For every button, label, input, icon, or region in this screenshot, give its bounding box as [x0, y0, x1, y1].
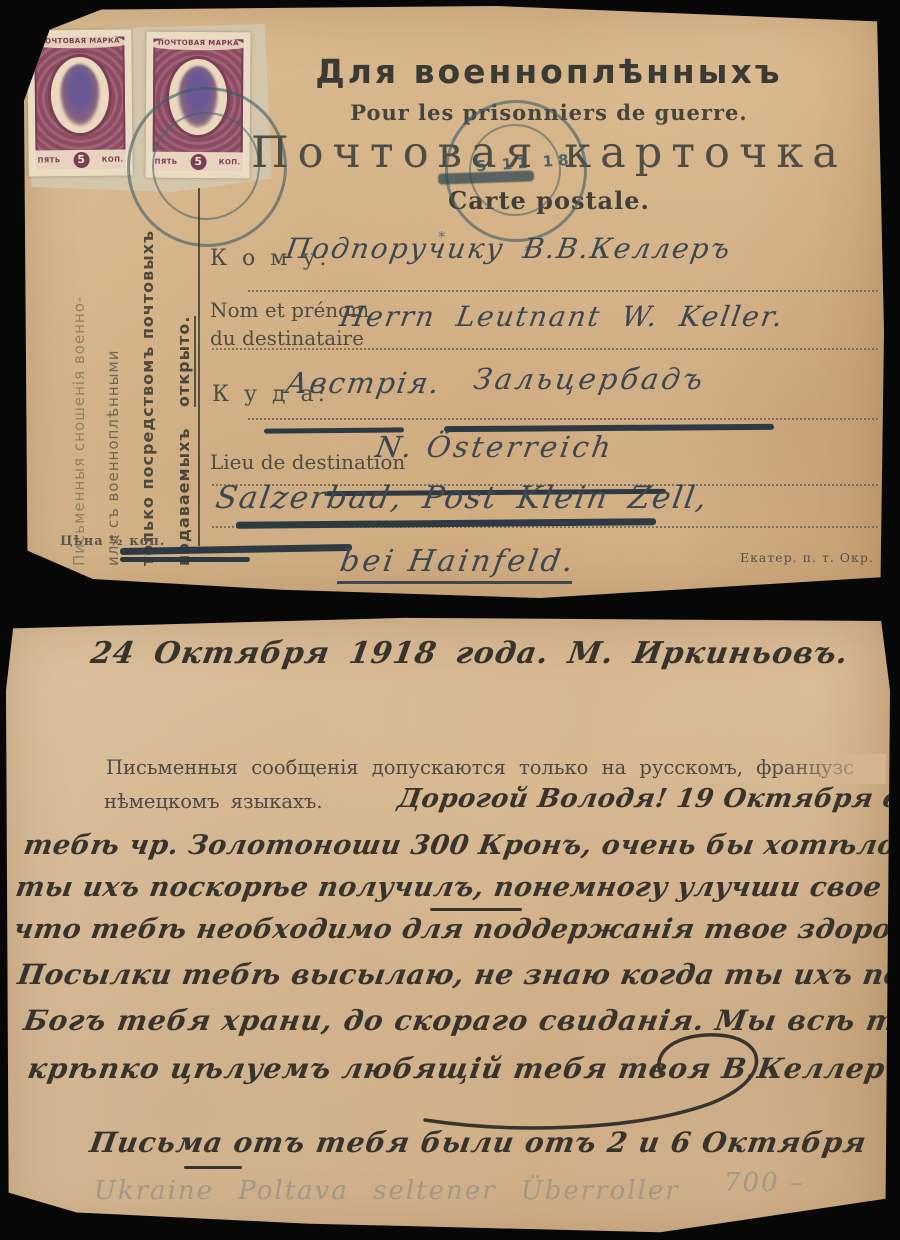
side-note-line-3: только посредствомъ почтовыхъ	[138, 230, 157, 566]
nom-handwritten-value: Herrn Leutnant W. Keller.	[337, 300, 786, 333]
message-line: Дорогой Володя! 19 Октября выслалъ	[396, 784, 900, 814]
message-line: тебѣ чр. Золотоноши 300 Кронъ, очень бы …	[22, 830, 900, 861]
stamp-top-label: ПОЧТОВАЯ МАРКА	[151, 37, 245, 51]
address-handwritten-line-1: Salzerbad, Post Klein Zell,	[213, 480, 711, 516]
form-dotted-line	[248, 418, 878, 420]
word-underline	[184, 1166, 242, 1169]
word-underline	[430, 908, 522, 911]
stamp-value-word: ПЯТЬ	[38, 156, 61, 164]
dealer-pencil-note: Ukraine Poltava seltener Überroller	[94, 1176, 680, 1206]
stamp-value-band: ПЯТЬ 5 КОП.	[33, 150, 127, 171]
eagle-icon	[60, 64, 101, 126]
postscript-line: Письма отъ тебя были отъ 2 и 6 Октября	[87, 1126, 869, 1159]
printer-imprint: Екатер. п. т. Окр.	[740, 550, 874, 565]
stamp-oval	[47, 54, 112, 137]
stamp-value-unit: КОП.	[102, 156, 124, 164]
postage-stamp: ПОЧТОВАЯ МАРКА ПЯТЬ 5 КОП.	[27, 29, 133, 176]
side-note-line-4a: подаваемыхъ	[174, 428, 193, 566]
side-note-line-4: подаваемыхъ открыто.	[174, 316, 193, 566]
ink-smear	[120, 557, 250, 562]
message-line: что тебѣ необходимо для поддержанія твое…	[12, 914, 900, 945]
address-handwritten-line-2: bei Hainfeld.	[337, 544, 579, 584]
print-fade	[776, 754, 886, 784]
form-dotted-line	[248, 290, 878, 292]
printed-language-rule-line-1: Письменныя сообщенія допускаются только …	[106, 756, 854, 779]
dealer-pencil-price: 700 –	[724, 1168, 805, 1198]
stamp-value-digit: 5	[73, 152, 89, 168]
printed-language-rule-line-2: нѣмецкомъ языкахъ.	[104, 790, 323, 813]
side-note-line-1: Письменныя сношенія военно-	[70, 296, 88, 566]
message-line: ты ихъ поскорѣе получилъ, понемногу улуч…	[14, 872, 900, 903]
postcard-front: ПОЧТОВАЯ МАРКА ПЯТЬ 5 КОП. ПОЧТОВАЯ МАРК…	[24, 6, 884, 598]
message-date-line: 24 Октября 1918 года. М. Иркиньовъ.	[88, 636, 851, 671]
form-dotted-line	[212, 348, 878, 350]
stamp-top-label: ПОЧТОВАЯ МАРКА	[32, 35, 126, 49]
heading-russian-pow: Для военноплѣнныхъ	[219, 52, 879, 91]
scanned-postcard-lot: ПОЧТОВАЯ МАРКА ПЯТЬ 5 КОП. ПОЧТОВАЯ МАРК…	[0, 0, 900, 1240]
lieu-handwritten-value: N. Österreich	[373, 430, 616, 464]
message-line: Посылки тебѣ высылаю, не знаю когда ты и…	[15, 958, 900, 991]
side-note-line-4b-underlined: открыто.	[174, 316, 196, 407]
signature-flourish	[421, 1028, 791, 1138]
to-handwritten-value: Подпоручику В.В.Келлеръ	[283, 232, 734, 265]
where-handwritten-town: Зальцербадъ	[471, 362, 708, 396]
postcard-back: 24 Октября 1918 года. М. Иркиньовъ. Пись…	[6, 616, 890, 1236]
where-handwritten-country: Австрія.	[283, 366, 443, 400]
form-divider-rule	[198, 188, 200, 546]
